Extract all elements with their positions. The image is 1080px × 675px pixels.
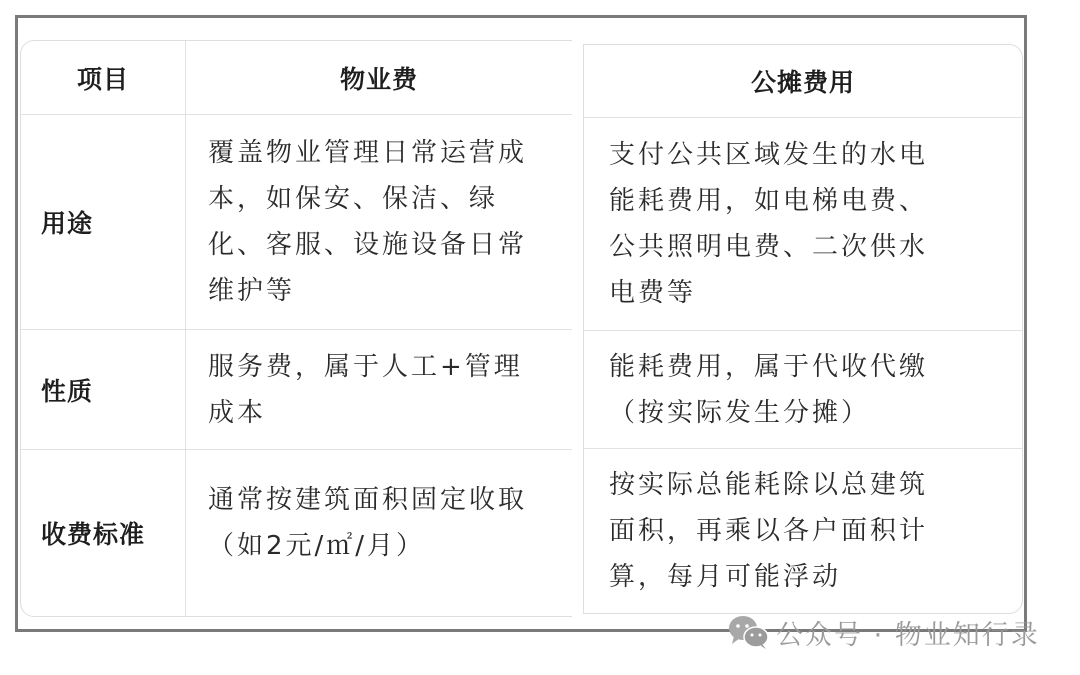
- row-label: 性质: [41, 372, 93, 408]
- header-item-label: 项目: [77, 60, 129, 96]
- shared-fee-cell: 能耗费用，属于代收代缴 （按实际发生分摊）: [584, 331, 1022, 448]
- watermark-text: 公众号 · 物业知行录: [776, 613, 1040, 652]
- row-label: 收费标准: [41, 515, 145, 551]
- table-right-half: 公摊费用 支付公共区域发生的水电 能耗费用，如电梯电费、 公共照明电费、二次供水…: [583, 44, 1023, 614]
- row-label: 用途: [41, 204, 93, 240]
- header-cell-item: 项目: [21, 41, 186, 114]
- table-row-usage: 支付公共区域发生的水电 能耗费用，如电梯电费、 公共照明电费、二次供水 电费等: [584, 118, 1022, 331]
- row-label-cell: 用途: [21, 115, 186, 329]
- row-label-cell: 收费标准: [21, 450, 186, 616]
- watermark: 公众号 · 物业知行录: [728, 610, 1040, 654]
- table-row-nature: 性质 服务费，属于人工+管理 成本: [21, 330, 572, 450]
- header-cell-property-fee: 物业费: [186, 41, 572, 114]
- header-cell-shared-fee: 公摊费用: [584, 45, 1022, 117]
- header-shared-fee-label: 公摊费用: [751, 63, 855, 99]
- shared-fee-cell: 支付公共区域发生的水电 能耗费用，如电梯电费、 公共照明电费、二次供水 电费等: [584, 118, 1022, 330]
- table-row-charge-standard: 收费标准 通常按建筑面积固定收取 （如2元/㎡/月）: [21, 450, 572, 616]
- table-row-charge-standard: 按实际总能耗除以总建筑 面积，再乘以各户面积计 算，每月可能浮动: [584, 449, 1022, 613]
- property-fee-cell: 覆盖物业管理日常运营成 本，如保安、保洁、绿 化、客服、设施设备日常 维护等: [186, 115, 572, 329]
- shared-fee-text: 按实际总能耗除以总建筑 面积，再乘以各户面积计 算，每月可能浮动: [609, 462, 928, 600]
- screenshot-stage: 项目 物业费 用途 覆盖物业管理日常运营成 本，如保安、保洁、绿 化、客服、设施…: [0, 0, 1080, 675]
- table-row-nature: 能耗费用，属于代收代缴 （按实际发生分摊）: [584, 331, 1022, 449]
- property-fee-text: 覆盖物业管理日常运营成 本，如保安、保洁、绿 化、客服、设施设备日常 维护等: [208, 130, 527, 314]
- shared-fee-cell: 按实际总能耗除以总建筑 面积，再乘以各户面积计 算，每月可能浮动: [584, 449, 1022, 613]
- row-label-cell: 性质: [21, 330, 186, 449]
- property-fee-cell: 通常按建筑面积固定收取 （如2元/㎡/月）: [186, 450, 572, 616]
- header-property-fee-label: 物业费: [340, 60, 418, 96]
- property-fee-cell: 服务费，属于人工+管理 成本: [186, 330, 572, 449]
- table-header-row: 公摊费用: [584, 45, 1022, 118]
- table-row-usage: 用途 覆盖物业管理日常运营成 本，如保安、保洁、绿 化、客服、设施设备日常 维护…: [21, 115, 572, 330]
- shared-fee-text: 支付公共区域发生的水电 能耗费用，如电梯电费、 公共照明电费、二次供水 电费等: [609, 132, 928, 316]
- table-left-half: 项目 物业费 用途 覆盖物业管理日常运营成 本，如保安、保洁、绿 化、客服、设施…: [20, 40, 572, 617]
- table-header-row: 项目 物业费: [21, 41, 572, 115]
- wechat-icon: [728, 614, 770, 650]
- property-fee-text: 通常按建筑面积固定收取 （如2元/㎡/月）: [208, 477, 527, 569]
- shared-fee-text: 能耗费用，属于代收代缴 （按实际发生分摊）: [609, 344, 928, 436]
- property-fee-text: 服务费，属于人工+管理 成本: [208, 344, 523, 436]
